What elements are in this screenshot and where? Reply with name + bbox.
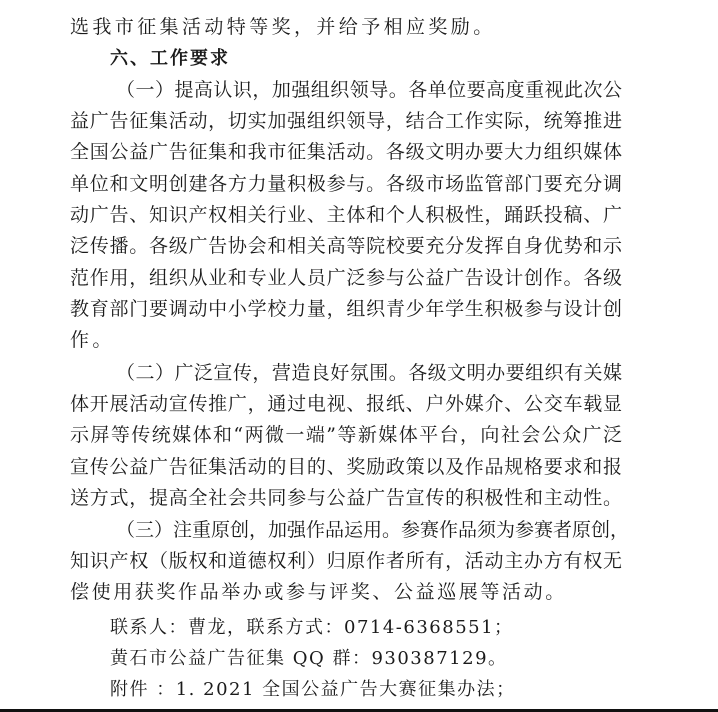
paragraph-line: 益广告征集活动，切实加强组织领导，结合工作实际，统筹推进 — [70, 106, 622, 137]
intro-tail-text: 选我市征集活动特等奖，并给予相应奖励。 — [70, 12, 630, 43]
paragraph-line: 教育部门要调动中小学校力量，组织青少年学生积极参与设计创 — [70, 294, 622, 325]
section-heading: 六、工作要求 — [110, 43, 670, 74]
paragraph-line: 体开展活动宣传推广，通过电视、报纸、户外媒介、公交车载显 — [70, 389, 622, 420]
paragraph-line: 送方式，提高全社会共同参与公益广告宣传的积极性和主动性。 — [70, 483, 622, 514]
paragraph-line: 作。 — [70, 325, 630, 356]
paragraph-line: 泛传播。各级广告协会和相关高等院校要充分发挥自身优势和示 — [70, 231, 622, 262]
paragraph-line: 全国公益广告征集和我市征集活动。各级文明办要大力组织媒体 — [70, 137, 622, 168]
document-page: 选我市征集活动特等奖，并给予相应奖励。 六、工作要求 （一）提高认识，加强组织领… — [0, 0, 718, 712]
paragraph-line: （二）广泛宣传，营造良好氛围。各级文明办要组织有关媒 — [116, 358, 622, 389]
attachment-line: 附件 ：1. 2021 全国公益广告大赛征集办法； — [110, 674, 670, 705]
paragraph-line: （三）注重原创，加强作品运用。参赛作品须为参赛者原创， — [116, 515, 622, 546]
contact-person-line: 联系人：曹龙，联系方式：0714-6368551； — [110, 612, 670, 643]
paragraph-line: 宣传公益广告征集活动的目的、奖励政策以及作品规格要求和报 — [70, 452, 622, 483]
paragraph-line: （一）提高认识，加强组织领导。各单位要高度重视此次公 — [116, 75, 622, 106]
paragraph-line: 知识产权（版权和道德权利）归原作者所有，活动主办方有权无 — [70, 546, 622, 577]
paragraph-line: 单位和文明创建各方力量积极参与。各级市场监管部门要充分调 — [70, 169, 622, 200]
paragraph-line: 示屏等传统媒体和“两微一端”等新媒体平台，向社会公众广泛 — [70, 420, 622, 451]
paragraph-line: 范作用，组织从业和专业人员广泛参与公益广告设计创作。各级 — [70, 263, 622, 294]
qq-group-line: 黄石市公益广告征集 QQ 群：930387129。 — [110, 643, 670, 674]
paragraph-line: 动广告、知识产权相关行业、主体和个人积极性，踊跃投稿、广 — [70, 200, 622, 231]
paragraph-line: 偿使用获奖作品举办或参与评奖、公益巡展等活动。 — [70, 577, 630, 608]
